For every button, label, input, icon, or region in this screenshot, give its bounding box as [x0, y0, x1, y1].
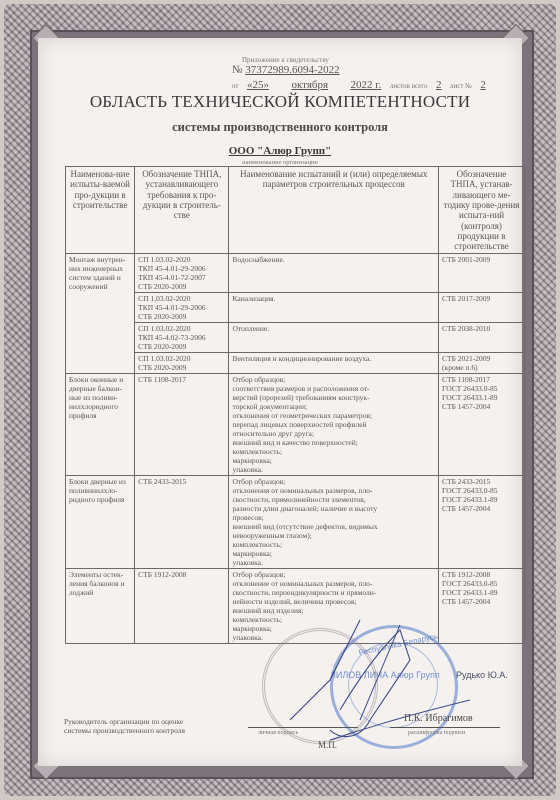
signature-line: [248, 727, 358, 728]
tnpa-cell-line: СТБ 2020-2009: [138, 342, 225, 351]
page-subtitle: системы производственного контроля: [0, 120, 560, 135]
tests-cell: Отбор образцов;соответствия размеров и р…: [229, 373, 439, 475]
methods-cell-line: СТБ 1457-2004: [442, 402, 521, 411]
table-row: Блоки оконные и дверные балкон-ные из по…: [66, 373, 525, 475]
date-prefix: от: [232, 82, 238, 90]
tnpa-cell-line: СТБ 2020-2009: [138, 312, 225, 321]
tests-cell-line: соответствия размеров и расположения от-: [232, 384, 435, 393]
tnpa-cell-line: ТКП 45-4.01-72-2007: [138, 273, 225, 282]
methods-cell-line: ГОСТ 26433.0-85: [442, 384, 521, 393]
methods-cell-line: ГОСТ 26433.0-85: [442, 579, 521, 588]
tnpa-cell-line: СП 1.03.02-2020: [138, 354, 225, 363]
tnpa-cell-line: СП 1.03.02-2020: [138, 324, 225, 333]
tnpa-cell: СТБ 1912-2008: [135, 568, 229, 643]
tests-cell: Водоснабжение.: [229, 253, 439, 292]
tests-cell-line: комплектность;: [232, 447, 435, 456]
methods-cell: СТБ 2001-2009: [439, 253, 525, 292]
certificate-header: Приложение к свидетельству № 37372989.60…: [212, 56, 512, 91]
sheets-total-label: листов всего: [390, 82, 428, 90]
signer-name-line: [390, 727, 500, 728]
tests-cell-line: торской документации;: [232, 402, 435, 411]
tests-cell-line: Водоснабжение.: [232, 255, 435, 264]
product-cell: Блоки дверные из поливинилхло-ридного пр…: [66, 475, 135, 568]
table-header-row: Наименова-ние испыты-ваемой про-дукции в…: [66, 167, 525, 254]
competence-table: Наименова-ние испыты-ваемой про-дукции в…: [65, 166, 525, 644]
tests-cell-line: маркировка;: [232, 549, 435, 558]
tests-cell-line: Отбор образцов;: [232, 477, 435, 486]
methods-cell-line: СТБ 2017-2009: [442, 294, 521, 303]
certificate-number-value: 37372989.6094-2022: [245, 64, 339, 76]
tests-cell-line: скостности, перпендикулярности и прямоли…: [232, 588, 435, 597]
tnpa-cell: СП 1.03.02-2020ТКП 45-4.02-73-2006СТБ 20…: [135, 322, 229, 352]
signer-caption: расшифровка подписи: [408, 730, 465, 736]
tests-cell-line: относительно друг друга;: [232, 429, 435, 438]
tests-cell-line: отклонение от номинальных размеров, пло-: [232, 579, 435, 588]
table-body: Монтаж внутрен-них инженерных систем зда…: [66, 253, 525, 643]
table-row: Блоки дверные из поливинилхло-ридного пр…: [66, 475, 525, 568]
date-month: октября: [277, 79, 342, 91]
methods-cell-line: СТБ 1457-2004: [442, 504, 521, 513]
tests-cell-line: провесов;: [232, 513, 435, 522]
methods-cell-line: СТБ 2433-2015: [442, 477, 521, 486]
head-title: Руководитель организации по оценке систе…: [64, 717, 185, 736]
methods-cell-line: ГОСТ 26433.1-89: [442, 588, 521, 597]
tests-cell-line: скостности, прямолинейности элементов,: [232, 495, 435, 504]
organization-caption: наименование организации: [0, 159, 560, 166]
tnpa-cell: СП 1.03.02-2020ТКП 45-4.01-29-2006ТКП 45…: [135, 253, 229, 292]
page-title: ОБЛАСТЬ ТЕХНИЧЕСКОЙ КОМПЕТЕНТНОСТИ: [0, 92, 560, 112]
methods-cell-line: ГОСТ 26433.1-89: [442, 393, 521, 402]
header-tnpa-methods: Обозначение ТНПА, устанав-ливающего ме-т…: [439, 167, 525, 254]
methods-cell-line: СТБ 2021-2009: [442, 354, 521, 363]
head-title-line2: системы производственного контроля: [64, 726, 185, 735]
header-product: Наименова-ние испыты-ваемой про-дукции в…: [66, 167, 135, 254]
tests-cell-line: разности длин диагоналей; наличие и высо…: [232, 504, 435, 513]
header-tnpa-requirements: Обозначение ТНПА, устанавливающего требо…: [135, 167, 229, 254]
product-cell: Элементы остек-ления балконов и лоджий: [66, 568, 135, 643]
methods-cell: СТБ 2433-2015ГОСТ 26433.0-85ГОСТ 26433.1…: [439, 475, 525, 568]
methods-cell: СТБ 1108-2017ГОСТ 26433.0-85ГОСТ 26433.1…: [439, 373, 525, 475]
tests-cell-line: верстий (прорезей) требованиям конструк-: [232, 393, 435, 402]
appendix-caption: Приложение к свидетельству: [212, 56, 512, 64]
tnpa-cell-line: СП 1.03.02-2020: [138, 255, 225, 264]
methods-cell-line: СТБ 2038-2010: [442, 324, 521, 333]
tests-cell-line: Отбор образцов;: [232, 375, 435, 384]
table-row: СП 1.03.02-2020ТКП 45-4.02-73-2006СТБ 20…: [66, 322, 525, 352]
signature-caption: личная подпись: [258, 730, 298, 736]
organization-name: ООО "Алюр Групп": [0, 145, 560, 157]
tnpa-cell-line: СП 1.03.02-2020: [138, 294, 225, 303]
sheets-total: 2: [430, 79, 448, 91]
methods-cell-line: (кроме п.6): [442, 363, 521, 372]
tests-cell-line: комплектность;: [232, 540, 435, 549]
tests-cell-line: внешний вид и качество поверхностей;: [232, 438, 435, 447]
tests-cell: Канализация.: [229, 292, 439, 322]
sheet-no: 2: [474, 79, 492, 91]
certificate-number: № 37372989.6094-2022: [212, 64, 512, 76]
product-cell: Монтаж внутрен-них инженерных систем зда…: [66, 253, 135, 373]
tnpa-cell-line: СТБ 2020-2009: [138, 282, 225, 291]
table-row: СП 1.03.02-2020ТКП 45-4.01-29-2006СТБ 20…: [66, 292, 525, 322]
tnpa-cell-line: СТБ 2433-2015: [138, 477, 225, 486]
number-sign: №: [232, 64, 243, 76]
sheet-no-label: лист №: [450, 82, 472, 90]
tests-cell-line: Вентиляция и кондиционирование воздуха.: [232, 354, 435, 363]
date-day: «25»: [241, 79, 275, 91]
tests-cell-line: маркировка;: [232, 456, 435, 465]
head-title-line1: Руководитель организации по оценке: [64, 717, 185, 726]
tests-cell-line: отклонения от геометрических параметров;: [232, 411, 435, 420]
tnpa-cell: СП 1.03.02-2020ТКП 45-4.01-29-2006СТБ 20…: [135, 292, 229, 322]
tests-cell-line: Отопление.: [232, 324, 435, 333]
methods-cell-line: ГОСТ 26433.1-89: [442, 495, 521, 504]
tests-cell: Отбор образцов;отклонения от номинальных…: [229, 475, 439, 568]
methods-cell-line: СТБ 2001-2009: [442, 255, 521, 264]
table-row: СП 1.03.02-2020СТБ 2020-2009Вентиляция и…: [66, 352, 525, 373]
methods-cell: СТБ 2038-2010: [439, 322, 525, 352]
tests-cell: Вентиляция и кондиционирование воздуха.: [229, 352, 439, 373]
tnpa-cell: СТБ 2433-2015: [135, 475, 229, 568]
signer-name: П.К. Ибрагимов: [404, 713, 473, 724]
header-tests: Наименование испытаний и (или) определяе…: [229, 167, 439, 254]
tests-cell-line: Отбор образцов;: [232, 570, 435, 579]
tests-cell-line: отклонения от номинальных размеров, пло-: [232, 486, 435, 495]
tnpa-cell: СП 1.03.02-2020СТБ 2020-2009: [135, 352, 229, 373]
tnpa-cell: СТБ 1108-2017: [135, 373, 229, 475]
tests-cell: Отопление.: [229, 322, 439, 352]
tnpa-cell-line: ТКП 45-4.02-73-2006: [138, 333, 225, 342]
tests-cell-line: перепад лицевых поверхностей профилей: [232, 420, 435, 429]
date-line: от «25» октября 2022 г. листов всего 2 л…: [212, 79, 512, 91]
tests-cell-line: внешний вид (отсутствие дефектов, видимы…: [232, 522, 435, 531]
tests-cell-line: невооруженным глазом);: [232, 531, 435, 540]
seal-label: М.П.: [318, 740, 337, 750]
methods-cell-line: СТБ 1108-2017: [442, 375, 521, 384]
table-row: Монтаж внутрен-них инженерных систем зда…: [66, 253, 525, 292]
product-cell: Блоки оконные и дверные балкон-ные из по…: [66, 373, 135, 475]
methods-cell-line: СТБ 1912-2008: [442, 570, 521, 579]
methods-cell-line: ГОСТ 26433.0-85: [442, 486, 521, 495]
tnpa-cell-line: СТБ 1912-2008: [138, 570, 225, 579]
tests-cell-line: упаковка.: [232, 558, 435, 567]
tests-cell-line: Канализация.: [232, 294, 435, 303]
tnpa-cell-line: СТБ 2020-2009: [138, 363, 225, 372]
tnpa-cell-line: ТКП 45-4.01-29-2006: [138, 264, 225, 273]
tnpa-cell-line: СТБ 1108-2017: [138, 375, 225, 384]
methods-cell: СТБ 2021-2009(кроме п.6): [439, 352, 525, 373]
tests-cell-line: упаковка.: [232, 465, 435, 474]
methods-cell: СТБ 2017-2009: [439, 292, 525, 322]
date-year: 2022 г.: [345, 79, 388, 91]
tnpa-cell-line: ТКП 45-4.01-29-2006: [138, 303, 225, 312]
